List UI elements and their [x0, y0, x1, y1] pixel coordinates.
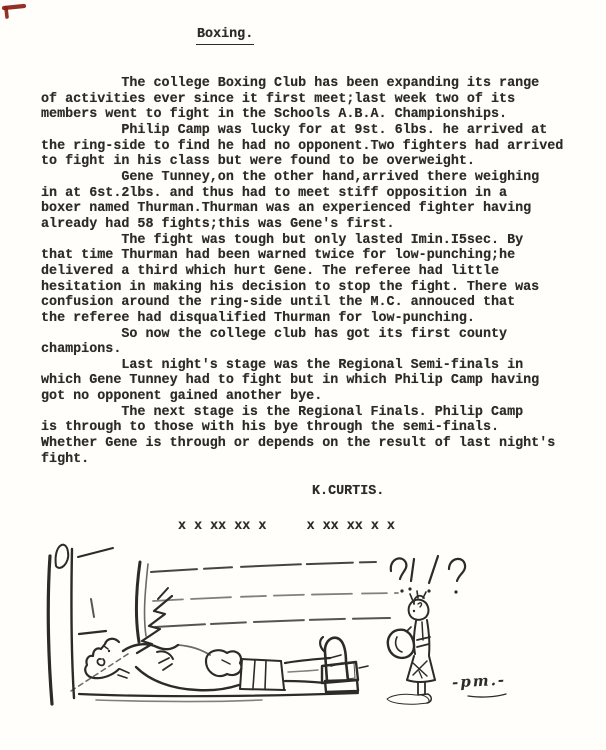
article-body: The college Boxing Club has been expandi…	[41, 76, 563, 467]
author-byline: K.CURTIS.	[312, 484, 384, 500]
knocked-out-boxer	[71, 637, 368, 702]
corner-mark	[2, 2, 30, 22]
ring-corner-post	[136, 562, 148, 642]
ring-ropes	[151, 562, 398, 627]
cartoon-illustration	[0, 540, 606, 750]
scanned-page: Boxing. The college Boxing Club has been…	[0, 0, 606, 750]
article-title: Boxing.	[196, 27, 254, 45]
ring-post-left	[48, 545, 113, 704]
artist-signature: -pm.-	[452, 671, 507, 692]
punctuation-marks	[391, 556, 465, 594]
x-divider: x x xx xx x x xx xx x x	[178, 519, 395, 535]
standing-figure	[387, 591, 435, 704]
boxing-glove-icon	[388, 630, 414, 658]
signature-underline	[468, 694, 506, 697]
